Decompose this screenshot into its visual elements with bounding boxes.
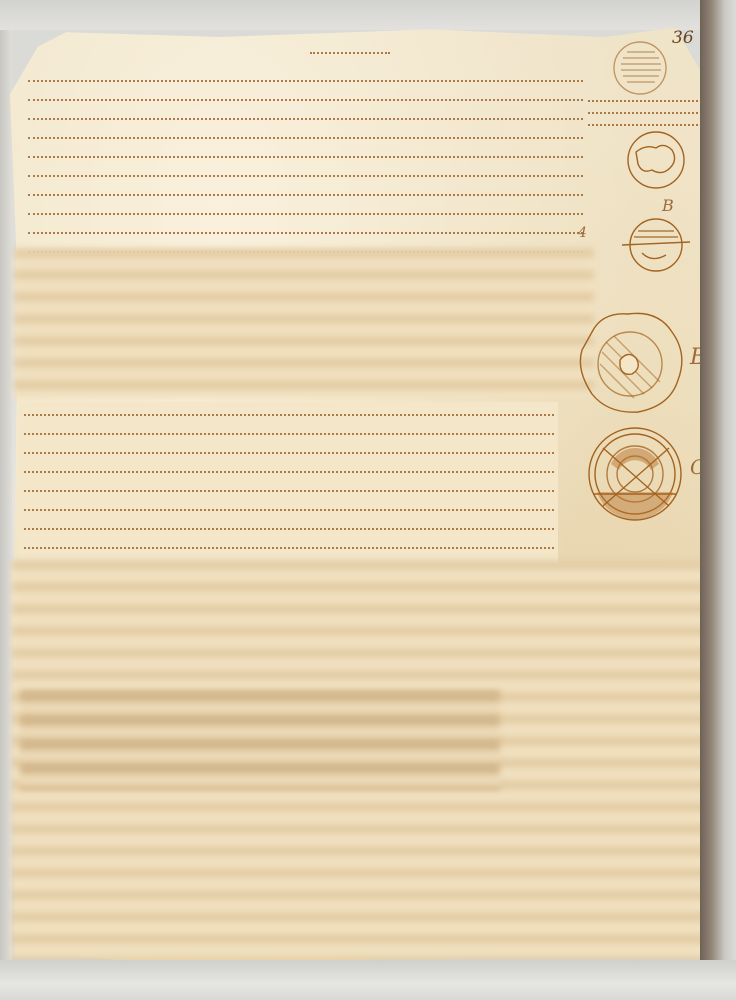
blurred-text-cluster: [20, 690, 500, 790]
globe-sketch-1: [605, 40, 675, 100]
margin-letter-b1: B: [662, 196, 674, 215]
frame-left: [0, 30, 12, 970]
earth-sphere-sketch: [572, 302, 690, 420]
concentric-circles-diagram: [583, 422, 687, 530]
margin-letter-4: 4: [578, 225, 587, 241]
frame-right: [700, 0, 736, 1000]
blurred-region-1: [14, 248, 594, 398]
globe-sketch-2: [622, 130, 690, 190]
frame-top: [0, 0, 736, 30]
frame-bottom: [0, 960, 736, 1000]
globe-sketch-3: [620, 215, 690, 275]
folio-heading: [310, 52, 390, 71]
folio-number: 36: [672, 28, 694, 48]
